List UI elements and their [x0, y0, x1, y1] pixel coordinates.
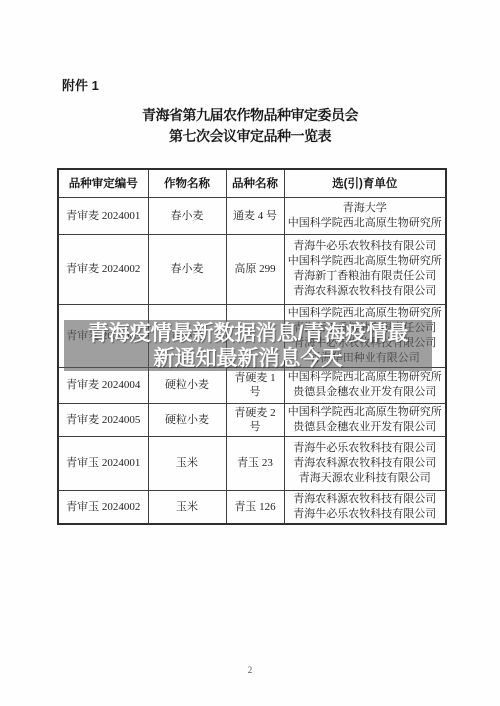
unit-line: 青海牛必乐农牧科技有限公司 — [287, 441, 444, 456]
cell-variety-name: 青硬麦 1 号 — [226, 367, 284, 403]
col-header-breeding-unit: 选(引)育单位 — [284, 169, 446, 197]
unit-line: 中国科学院西北高原生物研究所 — [287, 405, 444, 420]
cell-crop-name: 春小麦 — [148, 234, 226, 304]
document-title-line2: 第七次会议审定品种一览表 — [0, 126, 500, 147]
unit-line: 青海农科源农牧科技有限公司 — [287, 284, 444, 299]
unit-line: 青海牛必乐农牧科技有限公司 — [287, 507, 444, 522]
unit-line: 中国科学院西北高原生物研究所 — [287, 370, 444, 385]
unit-line: 贵德县金穗农业开发有限公司 — [287, 420, 444, 435]
attachment-label: 附件 1 — [62, 75, 99, 94]
table-row: 青审玉 2024001 玉米 青玉 23 青海牛必乐农牧科技有限公司 青海农科源… — [58, 436, 446, 490]
unit-line: 中国科学院西北高原生物研究所 — [287, 254, 444, 269]
col-header-variety-name: 品种名称 — [226, 169, 284, 197]
unit-line: 中国科学院西北高原生物研究所 — [287, 306, 444, 321]
cell-crop-name: 玉米 — [148, 436, 226, 490]
unit-line: 青海牛必乐农牧科技有限公司 — [287, 239, 444, 254]
cell-approval-id: 青审麦 2024004 — [58, 367, 148, 403]
cell-approval-id: 青审玉 2024002 — [58, 490, 148, 524]
unit-line: 青海新丁香粮油有限责任公司 — [287, 269, 444, 284]
unit-line: 青海天源农业科技有限公司 — [287, 471, 444, 486]
cell-variety-name: 青硬麦 2 号 — [226, 403, 284, 436]
scanned-document-page: 附件 1 青海省第九届农作物品种审定委员会 第七次会议审定品种一览表 品种审定编… — [0, 0, 500, 706]
document-title-line1: 青海省第九届农作物品种审定委员会 — [0, 105, 500, 126]
cell-breeding-units: 青海牛必乐农牧科技有限公司 中国科学院西北高原生物研究所 青海新丁香粮油有限责任… — [284, 234, 446, 304]
unit-line: 中国科学院西北高原生物研究所 — [287, 216, 444, 231]
cell-variety-name: 高原 299 — [226, 234, 284, 304]
page-number: 2 — [0, 665, 500, 675]
banner-text-line1: 青海疫情最新数据消息/青海疫情最 — [88, 321, 409, 346]
cell-breeding-units: 青海农科源农牧科技有限公司 青海牛必乐农牧科技有限公司 — [284, 490, 446, 524]
cell-crop-name: 玉米 — [148, 490, 226, 524]
cell-approval-id: 青审麦 2024001 — [58, 197, 148, 234]
col-header-crop-name: 作物名称 — [148, 169, 226, 197]
cell-approval-id: 青审麦 2024005 — [58, 403, 148, 436]
cell-crop-name: 硬粒小麦 — [148, 367, 226, 403]
table-row: 青审麦 2024005 硬粒小麦 青硬麦 2 号 中国科学院西北高原生物研究所 … — [58, 403, 446, 436]
unit-line: 青海农科源农牧科技有限公司 — [287, 492, 444, 507]
cell-approval-id: 青审玉 2024001 — [58, 436, 148, 490]
cell-breeding-units: 中国科学院西北高原生物研究所 贵德县金穗农业开发有限公司 — [284, 403, 446, 436]
cell-approval-id: 青审麦 2024002 — [58, 234, 148, 304]
table-row: 青审麦 2024004 硬粒小麦 青硬麦 1 号 中国科学院西北高原生物研究所 … — [58, 367, 446, 403]
table-row: 青审玉 2024002 玉米 青玉 126 青海农科源农牧科技有限公司 青海牛必… — [58, 490, 446, 524]
cell-crop-name: 春小麦 — [148, 197, 226, 234]
cell-variety-name: 青玉 126 — [226, 490, 284, 524]
banner-text-line2: 新通知最新消息今天 — [154, 346, 343, 371]
table-row: 青审麦 2024001 春小麦 通麦 4 号 青海大学 中国科学院西北高原生物研… — [58, 197, 446, 234]
cell-breeding-units: 中国科学院西北高原生物研究所 贵德县金穗农业开发有限公司 — [284, 367, 446, 403]
unit-line: 贵德县金穗农业开发有限公司 — [287, 385, 444, 400]
table-header-row: 品种审定编号 作物名称 品种名称 选(引)育单位 — [58, 169, 446, 197]
col-header-approval-id: 品种审定编号 — [58, 169, 148, 197]
cell-breeding-units: 青海大学 中国科学院西北高原生物研究所 — [284, 197, 446, 234]
news-watermark-banner[interactable]: 青海疫情最新数据消息/青海疫情最 新通知最新消息今天 — [64, 320, 432, 371]
unit-line: 青海大学 — [287, 201, 444, 216]
cell-breeding-units: 青海牛必乐农牧科技有限公司 青海农科源农牧科技有限公司 青海天源农业科技有限公司 — [284, 436, 446, 490]
unit-line: 青海农科源农牧科技有限公司 — [287, 456, 444, 471]
cell-crop-name: 硬粒小麦 — [148, 403, 226, 436]
cell-variety-name: 青玉 23 — [226, 436, 284, 490]
table-row: 青审麦 2024002 春小麦 高原 299 青海牛必乐农牧科技有限公司 中国科… — [58, 234, 446, 304]
cell-variety-name: 通麦 4 号 — [226, 197, 284, 234]
document-title: 青海省第九届农作物品种审定委员会 第七次会议审定品种一览表 — [0, 105, 500, 147]
